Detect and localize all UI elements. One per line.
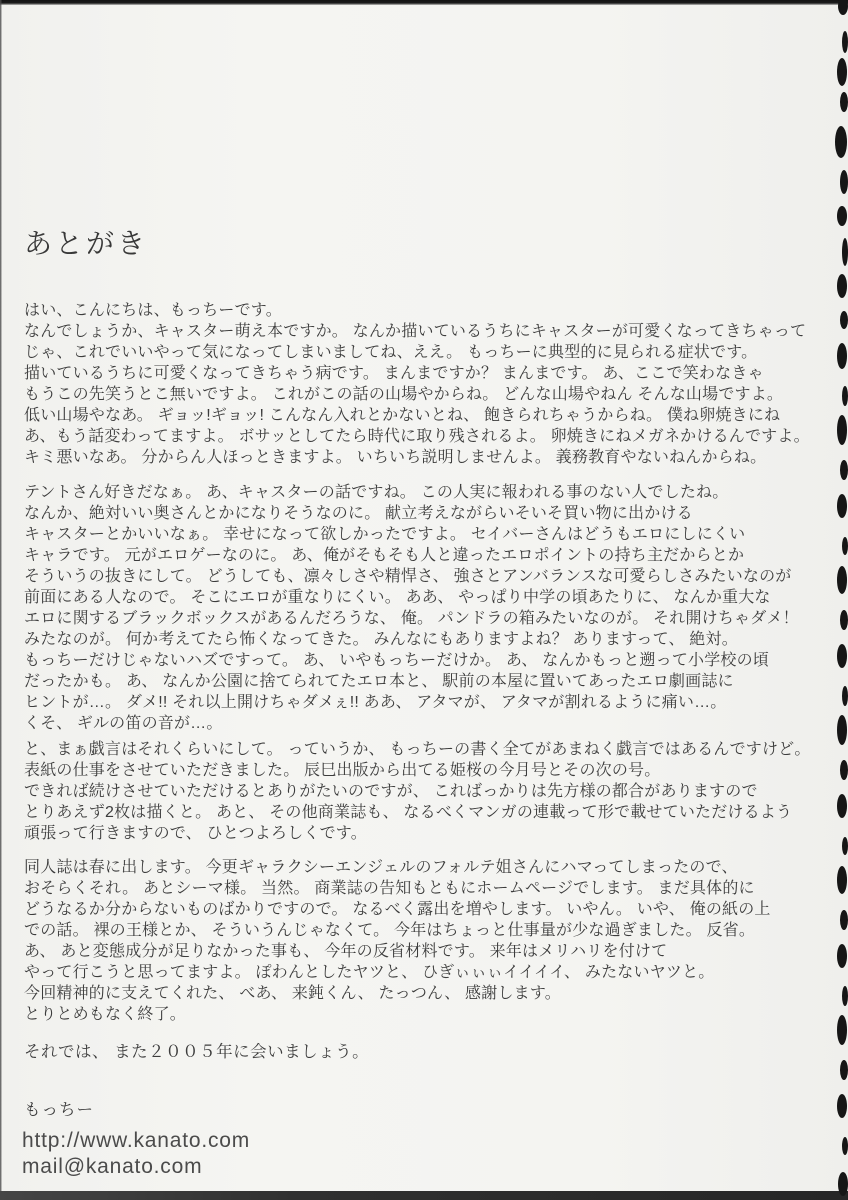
scan-edge-top	[0, 0, 848, 5]
author-signature: もっちー	[24, 1096, 94, 1120]
scan-edge-right	[830, 0, 848, 1200]
text-line: キャスターとかいいなぁ。 幸せになって欲しかったですよ。 セイバーさんはどうもエ…	[24, 524, 824, 545]
text-line: あ、もう話変わってますよ。 ボサッとしてたら時代に取り残されるよ。 卵焼きにねメ…	[24, 426, 824, 447]
text-line: 表紙の仕事をさせていただきました。 辰巳出版から出てる姫桜の今月号とその次の号。	[24, 760, 824, 781]
text-line: はい、こんにちは、もっちーです。	[24, 300, 824, 321]
text-line: 低い山場やなあ。 ギョッ!ギョッ! こんなん入れとかないとね、 飽きられちゃうか…	[24, 405, 824, 426]
text-line: じゃ、これでいいやって気になってしまいましてね、ええ。 もっちーに典型的に見られ…	[24, 342, 824, 363]
text-line: なんか、絶対いい奥さんとかになりそうなのに。 献立考えながらいそいそ買い物に出か…	[24, 503, 824, 524]
text-line: 描いているうちに可愛くなってきちゃう病です。 まんまですか？ まんまです。 あ、…	[24, 363, 824, 384]
text-line: キミ悪いなあ。 分からん人ほっときますよ。 いちいち説明しませんよ。 義務教育や…	[24, 447, 824, 468]
scan-edge-left	[0, 0, 2, 1200]
text-line: 同人誌は春に出します。 今更ギャラクシーエンジェルのフォルテ姐さんにハマってしま…	[24, 857, 824, 878]
scanned-page: あとがき はい、こんにちは、もっちーです。なんでしょうか、キャスター萌え本ですか…	[0, 0, 848, 1200]
text-line: とりとめもなく終了。	[24, 1004, 824, 1025]
text-line: エロに関するブラックボックスがあるんだろうな、 俺。 パンドラの箱みたいなのが。…	[24, 608, 824, 629]
text-line: と、まぁ戯言はそれくらいにして。 っていうか、 もっちーの書く全てがあまねく戯言…	[24, 739, 824, 760]
text-line: みたなのが。 何か考えてたら怖くなってきた。 みんなにもありますよね？ あります…	[24, 629, 824, 650]
paragraph: テントさん好きだなぁ。 あ、キャスターの話ですね。 この人実に報われる事のない人…	[24, 482, 824, 734]
website-url: http://www.kanato.com	[22, 1128, 250, 1154]
email-address: mail@kanato.com	[22, 1154, 250, 1180]
text-line: あ、 あと変態成分が足りなかった事も、 今年の反省材料です。 来年はメリハリを付…	[24, 941, 824, 962]
text-line: 前面にある人なので。 そこにエロが重なりにくい。 ああ、 やっぱり中学の頃あたり…	[24, 587, 824, 608]
text-line: 今回精神的に支えてくれた、 べあ、 来鈍くん、 たっつん、 感謝します。	[24, 983, 824, 1004]
text-line: テントさん好きだなぁ。 あ、キャスターの話ですね。 この人実に報われる事のない人…	[24, 482, 824, 503]
afterword-heading: あとがき	[24, 222, 148, 262]
text-line: おそらくそれ。 あとシーマ様。 当然。 商業誌の告知もともにホームページでします…	[24, 878, 824, 899]
paragraph: はい、こんにちは、もっちーです。なんでしょうか、キャスター萌え本ですか。 なんか…	[24, 300, 824, 468]
text-line: くそ、 ギルの笛の音が…。	[24, 713, 824, 734]
text-line: もうこの先笑うとこ無いですよ。 これがこの話の山場やからね。 どんな山場やねん …	[24, 384, 824, 405]
text-line: どうなるか分からないものばかりですので。 なるべく露出を増やします。 いやん。 …	[24, 899, 824, 920]
text-line: できれば続けさせていただけるとありがたいのですが、 こればっかりは先方様の都合が…	[24, 781, 824, 802]
paragraph: と、まぁ戯言はそれくらいにして。 っていうか、 もっちーの書く全てがあまねく戯言…	[24, 739, 824, 844]
text-line: もっちーだけじゃないハズですって。 あ、 いやもっちーだけか。 あ、 なんかもっ…	[24, 650, 824, 671]
paragraph: 同人誌は春に出します。 今更ギャラクシーエンジェルのフォルテ姐さんにハマってしま…	[24, 857, 824, 1025]
text-line: とりあえず2枚は描くと。 あと、 その他商業誌も、 なるべくマンガの連載って形で…	[24, 802, 824, 823]
scan-edge-bottom	[0, 1191, 848, 1200]
text-line: 頑張って行きますので、 ひとつよろしくです。	[24, 823, 824, 844]
text-line: そういうの抜きにして。 どうしても、凛々しさや精悍さ、 強さとアンバランスな可愛…	[24, 566, 824, 587]
text-line: だったかも。 あ、 なんか公園に捨てられてたエロ本と、 駅前の本屋に置いてあった…	[24, 671, 824, 692]
text-line: キャラです。 元がエロゲーなのに。 あ、俺がそもそも人と違ったエロポイントの持ち…	[24, 545, 824, 566]
contact-block: http://www.kanato.com mail@kanato.com	[22, 1128, 250, 1180]
text-line: ヒントが…。 ダメ!! それ以上開けちゃダメぇ!! ああ、 アタマが、 アタマが…	[24, 692, 824, 713]
closing-line: それでは、 また２００５年に会いましょう。	[24, 1038, 369, 1062]
text-line: やって行こうと思ってますよ。 ぽわんとしたヤツと、 ひぎぃぃぃイイイイ、 みたな…	[24, 962, 824, 983]
text-line: での話。 裸の王様とか、 そういうんじゃなくて。 今年はちょっと仕事量が少な過ぎ…	[24, 920, 824, 941]
text-line: なんでしょうか、キャスター萌え本ですか。 なんか描いているうちにキャスターが可愛…	[24, 321, 824, 342]
